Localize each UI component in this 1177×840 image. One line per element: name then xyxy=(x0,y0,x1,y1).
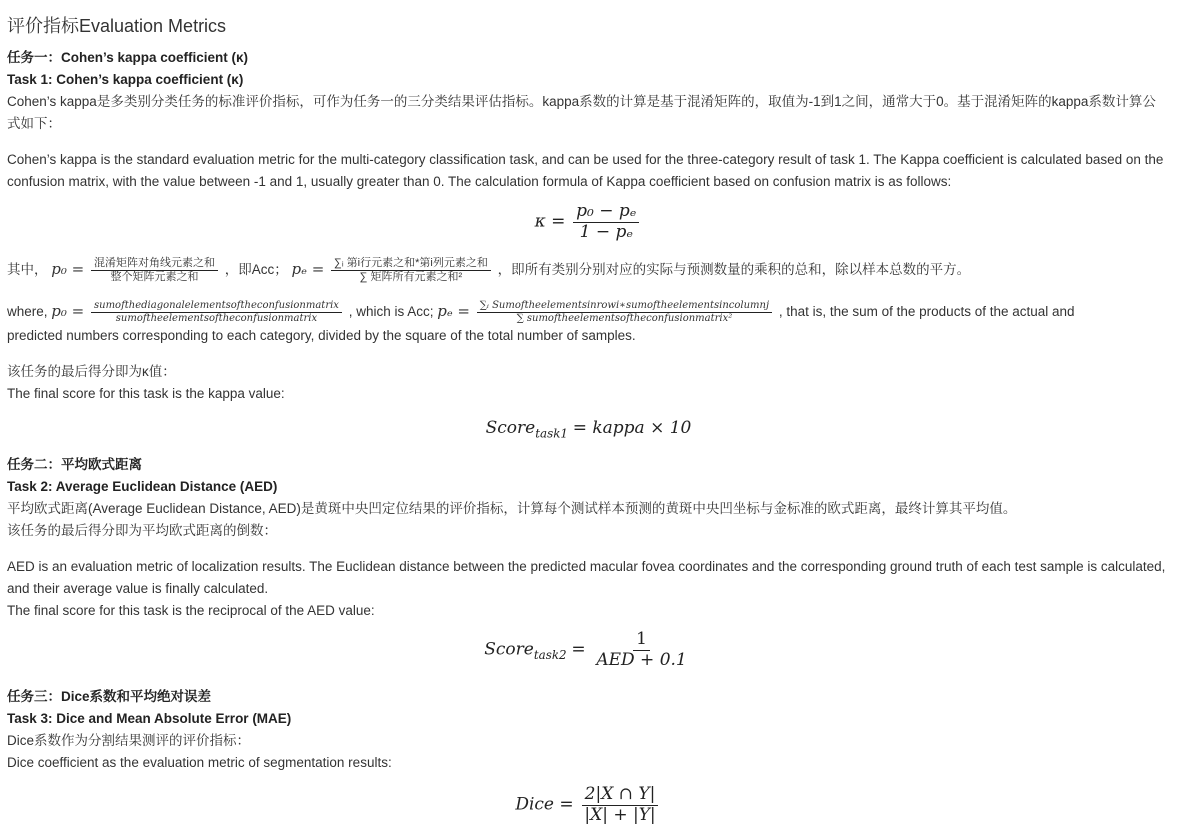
task1-description-zh: Cohen’s kappa是多类别分类任务的标准评价指标，可作为任务一的三分类结… xyxy=(7,91,1167,135)
task1-score-formula: Scoretask1 = kappa × 10 xyxy=(0,418,1177,440)
task3-heading-zh: 任务三：Dice系数和平均绝对误差 xyxy=(7,686,211,708)
kappa-denominator: 1 − pₑ xyxy=(577,223,636,243)
task2-description-en: AED is an evaluation metric of localizat… xyxy=(7,556,1167,600)
task2-score-formula: Scoretask2 = 1 AED + 0.1 xyxy=(0,630,1177,670)
task2-score-en: The final score for this task is the rec… xyxy=(7,600,375,622)
kappa-numerator: p₀ − pₑ xyxy=(573,202,639,223)
task3-description-zh: Dice系数作为分割结果测评的评价指标： xyxy=(7,730,250,752)
page-title: 评价指标Evaluation Metrics xyxy=(7,12,226,38)
task1-heading-zh: 任务一：Cohen’s kappa coefficient (κ) xyxy=(7,47,248,69)
task3-description-en: Dice coefficient as the evaluation metri… xyxy=(7,752,392,774)
where-zh: 其中， p₀ = 混淆矩阵对角线元素之和 整个矩阵元素之和 ，即Acc； pₑ … xyxy=(7,252,970,287)
task1-heading-en: Task 1: Cohen’s kappa coefficient (κ) xyxy=(7,69,243,91)
task1-description-en: Cohen’s kappa is the standard evaluation… xyxy=(7,149,1167,193)
kappa-formula: κ = p₀ − pₑ 1 − pₑ xyxy=(0,202,1177,242)
task1-score-en: The final score for this task is the kap… xyxy=(7,383,285,405)
task2-heading-zh: 任务二：平均欧式距离 xyxy=(7,454,142,476)
task2-score-zh: 该任务的最后得分即为平均欧式距离的倒数： xyxy=(7,520,277,542)
task2-heading-en: Task 2: Average Euclidean Distance (AED) xyxy=(7,476,277,498)
task2-description-zh: 平均欧式距离(Average Euclidean Distance, AED)是… xyxy=(7,498,1016,520)
dice-formula: Dice = 2|X ∩ Y| |X| + |Y| xyxy=(0,785,1177,825)
where-en: where, p₀ = sumofthediagonalelementsofth… xyxy=(7,294,1075,329)
task1-score-zh: 该任务的最后得分即为κ值： xyxy=(7,361,176,383)
where-en-line2: predicted numbers corresponding to each … xyxy=(7,325,636,347)
task3-heading-en: Task 3: Dice and Mean Absolute Error (MA… xyxy=(7,708,291,730)
